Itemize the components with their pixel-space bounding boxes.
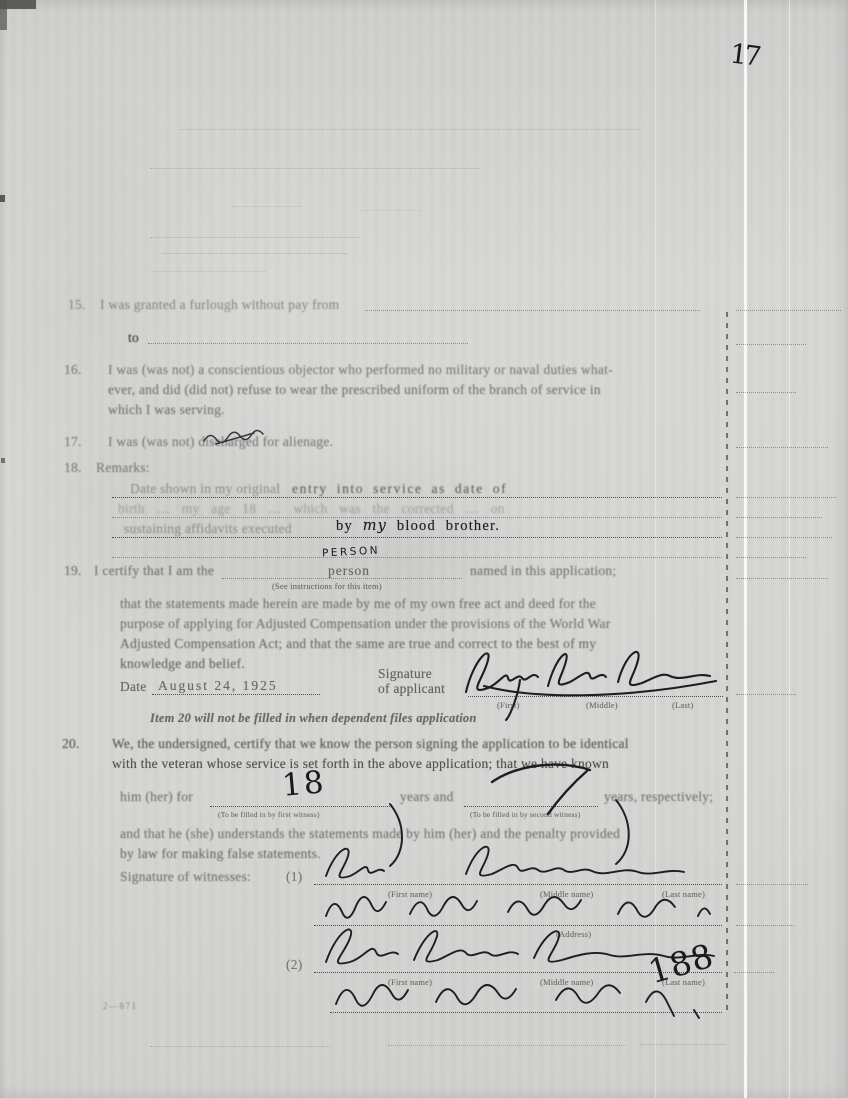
witnesses-label: Signature of witnesses: <box>120 869 251 885</box>
item20-note: Item 20 will not be filled in when depen… <box>150 711 477 726</box>
item20-first-years-value: 18 <box>281 764 327 804</box>
item15-number: 15. <box>68 297 86 313</box>
scan-streak <box>744 0 747 1098</box>
item18-line3-faint: sustaining affidavits executed <box>124 521 292 537</box>
margin-stub <box>736 310 841 311</box>
item15-text: I was granted a furlough without pay fro… <box>100 297 339 313</box>
item20-him-for: him (her) for <box>120 789 193 805</box>
scan-edge-mark <box>0 195 5 202</box>
item18-rule-line4 <box>112 557 722 558</box>
date-label: Date <box>120 679 146 695</box>
item15-to-label: to <box>128 330 139 346</box>
item18-handwritten-my: my <box>363 518 387 534</box>
item20-number: 20. <box>62 736 80 752</box>
scan-edge-mark <box>1 458 5 463</box>
handwritten-page-mark: 17 <box>728 38 760 72</box>
date-value: August 24, 1925 <box>158 678 278 694</box>
applicant-last-label: (Last) <box>672 700 694 710</box>
faded-text-remnant <box>180 129 640 130</box>
margin-stub <box>736 517 822 518</box>
applicant-middle-label: (Middle) <box>586 700 618 710</box>
faded-text-remnant <box>232 206 302 207</box>
item16-line1: I was (was not) a conscientious objector… <box>108 362 613 378</box>
item18-rule-line3 <box>112 537 722 538</box>
scanned-form-page: 17 15. I was granted a furlough without … <box>0 0 848 1098</box>
item19-blank-sublabel: (See instructions for this item) <box>272 581 382 591</box>
item15-to-blank-line <box>148 343 468 344</box>
scan-streak <box>789 0 790 1098</box>
item19-text-after: named in this application; <box>470 563 616 579</box>
item18-line1-faint: Date shown in my original <box>130 481 280 497</box>
margin-stub <box>736 497 836 498</box>
handwritten-scribble-over-discharged <box>200 429 274 449</box>
item18-line1-dark: entry into service as date of <box>292 481 507 497</box>
item18-dark-by: by <box>336 518 353 534</box>
margin-stub <box>736 392 796 393</box>
margin-stub <box>736 884 808 885</box>
item18-line2-faint: birth … my age 18 … which was the correc… <box>118 501 505 517</box>
item20-line1: We, the undersigned, certify that we kno… <box>112 736 629 752</box>
date-blank-line <box>152 694 320 695</box>
item18-rule-line1 <box>112 497 722 498</box>
scan-edge-mark <box>0 0 7 30</box>
item20-first-years-blank <box>210 806 392 807</box>
item18-label: Remarks: <box>96 460 150 476</box>
certification-line1: that the statements made herein are made… <box>120 596 596 612</box>
witness1-signature <box>316 836 726 891</box>
signature-label-2: of applicant <box>378 681 445 697</box>
item19-blank-value: person <box>328 563 370 579</box>
form-print-code: 2—871 <box>103 1001 138 1011</box>
faded-text-remnant <box>360 210 420 211</box>
item20-first-blank-sublabel: (To be filled in by first witness) <box>218 810 320 819</box>
faded-text-remnant <box>150 237 360 238</box>
faded-text-remnant <box>162 253 347 254</box>
margin-stub <box>736 447 828 448</box>
item15-blank-line <box>365 310 700 311</box>
item16-line2: ever, and did (did not) refuse to wear t… <box>108 382 601 398</box>
item20-line4: by law for making false statements. <box>120 846 321 862</box>
witness1-number: (1) <box>286 869 303 885</box>
faded-rule-fragment <box>388 1045 626 1046</box>
faded-rule-fragment <box>640 1044 725 1045</box>
item18-number: 18. <box>64 460 82 476</box>
witness2-number: (2) <box>286 957 303 973</box>
faded-text-remnant <box>150 271 265 272</box>
item16-line3: which I was serving. <box>108 402 225 418</box>
item18-line3-dark-phrase: by my blood brother. <box>336 518 500 535</box>
item16-number: 16. <box>64 362 82 378</box>
faded-rule-fragment <box>150 1046 330 1047</box>
applicant-first-label: (First) <box>497 700 520 710</box>
certification-line4: knowledge and belief. <box>120 656 245 672</box>
item20-second-blank-sublabel: (To be filled in by second witness) <box>470 810 581 819</box>
margin-stub <box>736 537 832 538</box>
margin-stub <box>736 557 806 558</box>
margin-stub <box>734 972 774 973</box>
item19-text-before: I certify that I am the <box>94 563 214 579</box>
item18-dark-blood-brother: blood brother. <box>397 518 500 534</box>
item17-number: 17. <box>64 434 82 450</box>
margin-stub <box>736 694 796 695</box>
item19-number: 19. <box>64 563 82 579</box>
margin-stub <box>736 925 794 926</box>
faded-text-remnant <box>150 168 480 169</box>
item20-second-years-flourish <box>484 758 599 816</box>
signature-label-1: Signature <box>378 666 432 682</box>
margin-stub <box>736 578 828 579</box>
certification-line2: purpose of applying for Adjusted Compens… <box>120 616 611 632</box>
margin-stub <box>736 344 806 345</box>
